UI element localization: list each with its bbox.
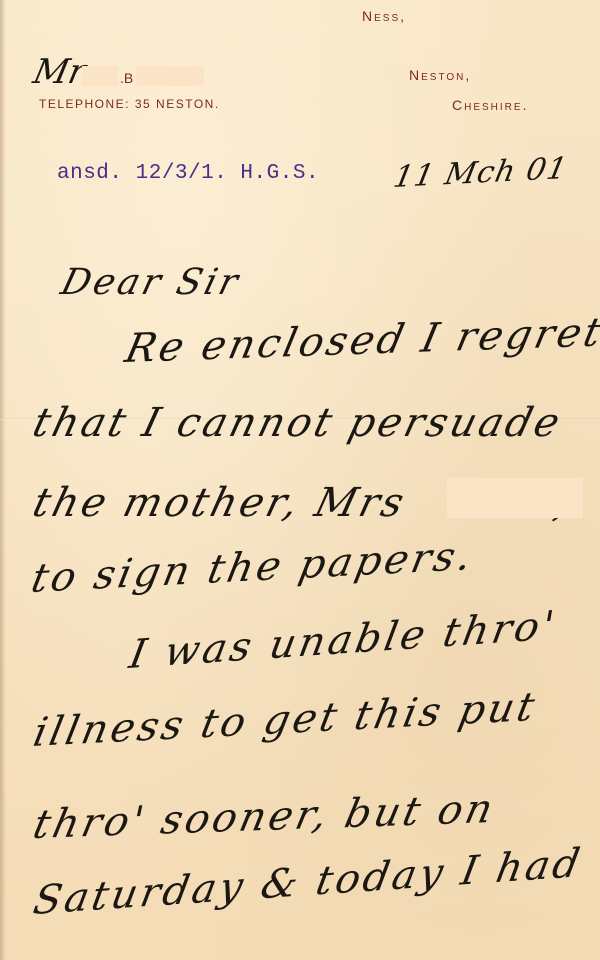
letterhead-telephone: TELEPHONE: 35 NESTON. [39,97,220,111]
address-line-1: Ness, [362,8,406,24]
address-line-3: Cheshire. [452,97,528,113]
letter-date: 11 Mch 01 [391,151,571,195]
letter-line-5: I was unable thro' [126,603,561,678]
address-line-1-text: Ness, [362,8,406,24]
sender-prefix-handwritten: Mr [30,52,90,92]
sender-name-redaction [82,66,118,86]
salutation: Dear Sir [57,262,245,303]
address-line-2-text: Neston, [409,67,471,83]
sender-initial: .B [120,70,133,86]
mother-name-redaction [447,478,583,518]
sender-prefix-text: Mr [30,52,90,92]
paper-edge-shadow [0,0,6,960]
letter-line-1: Re enclosed I regret [121,309,600,371]
letter-page: Mr .B TELEPHONE: 35 NESTON. Ness, Neston… [0,0,600,960]
letter-line-3-text: the mother, Mrs [28,480,411,526]
letter-line-2: that I cannot persuade [28,400,567,446]
letter-line-8: Saturday & today I had [30,840,586,924]
letter-line-7: thro' sooner, but on [29,786,500,848]
answered-annotation: ansd. 12/3/1. H.G.S. [57,162,319,185]
letter-line-6: illness to get this put [29,684,541,756]
sender-surname-redaction [136,66,204,86]
address-line-3-text: Cheshire. [452,97,528,113]
letter-line-4: to sign the papers. [27,533,478,602]
address-line-2: Neston, [409,67,471,83]
